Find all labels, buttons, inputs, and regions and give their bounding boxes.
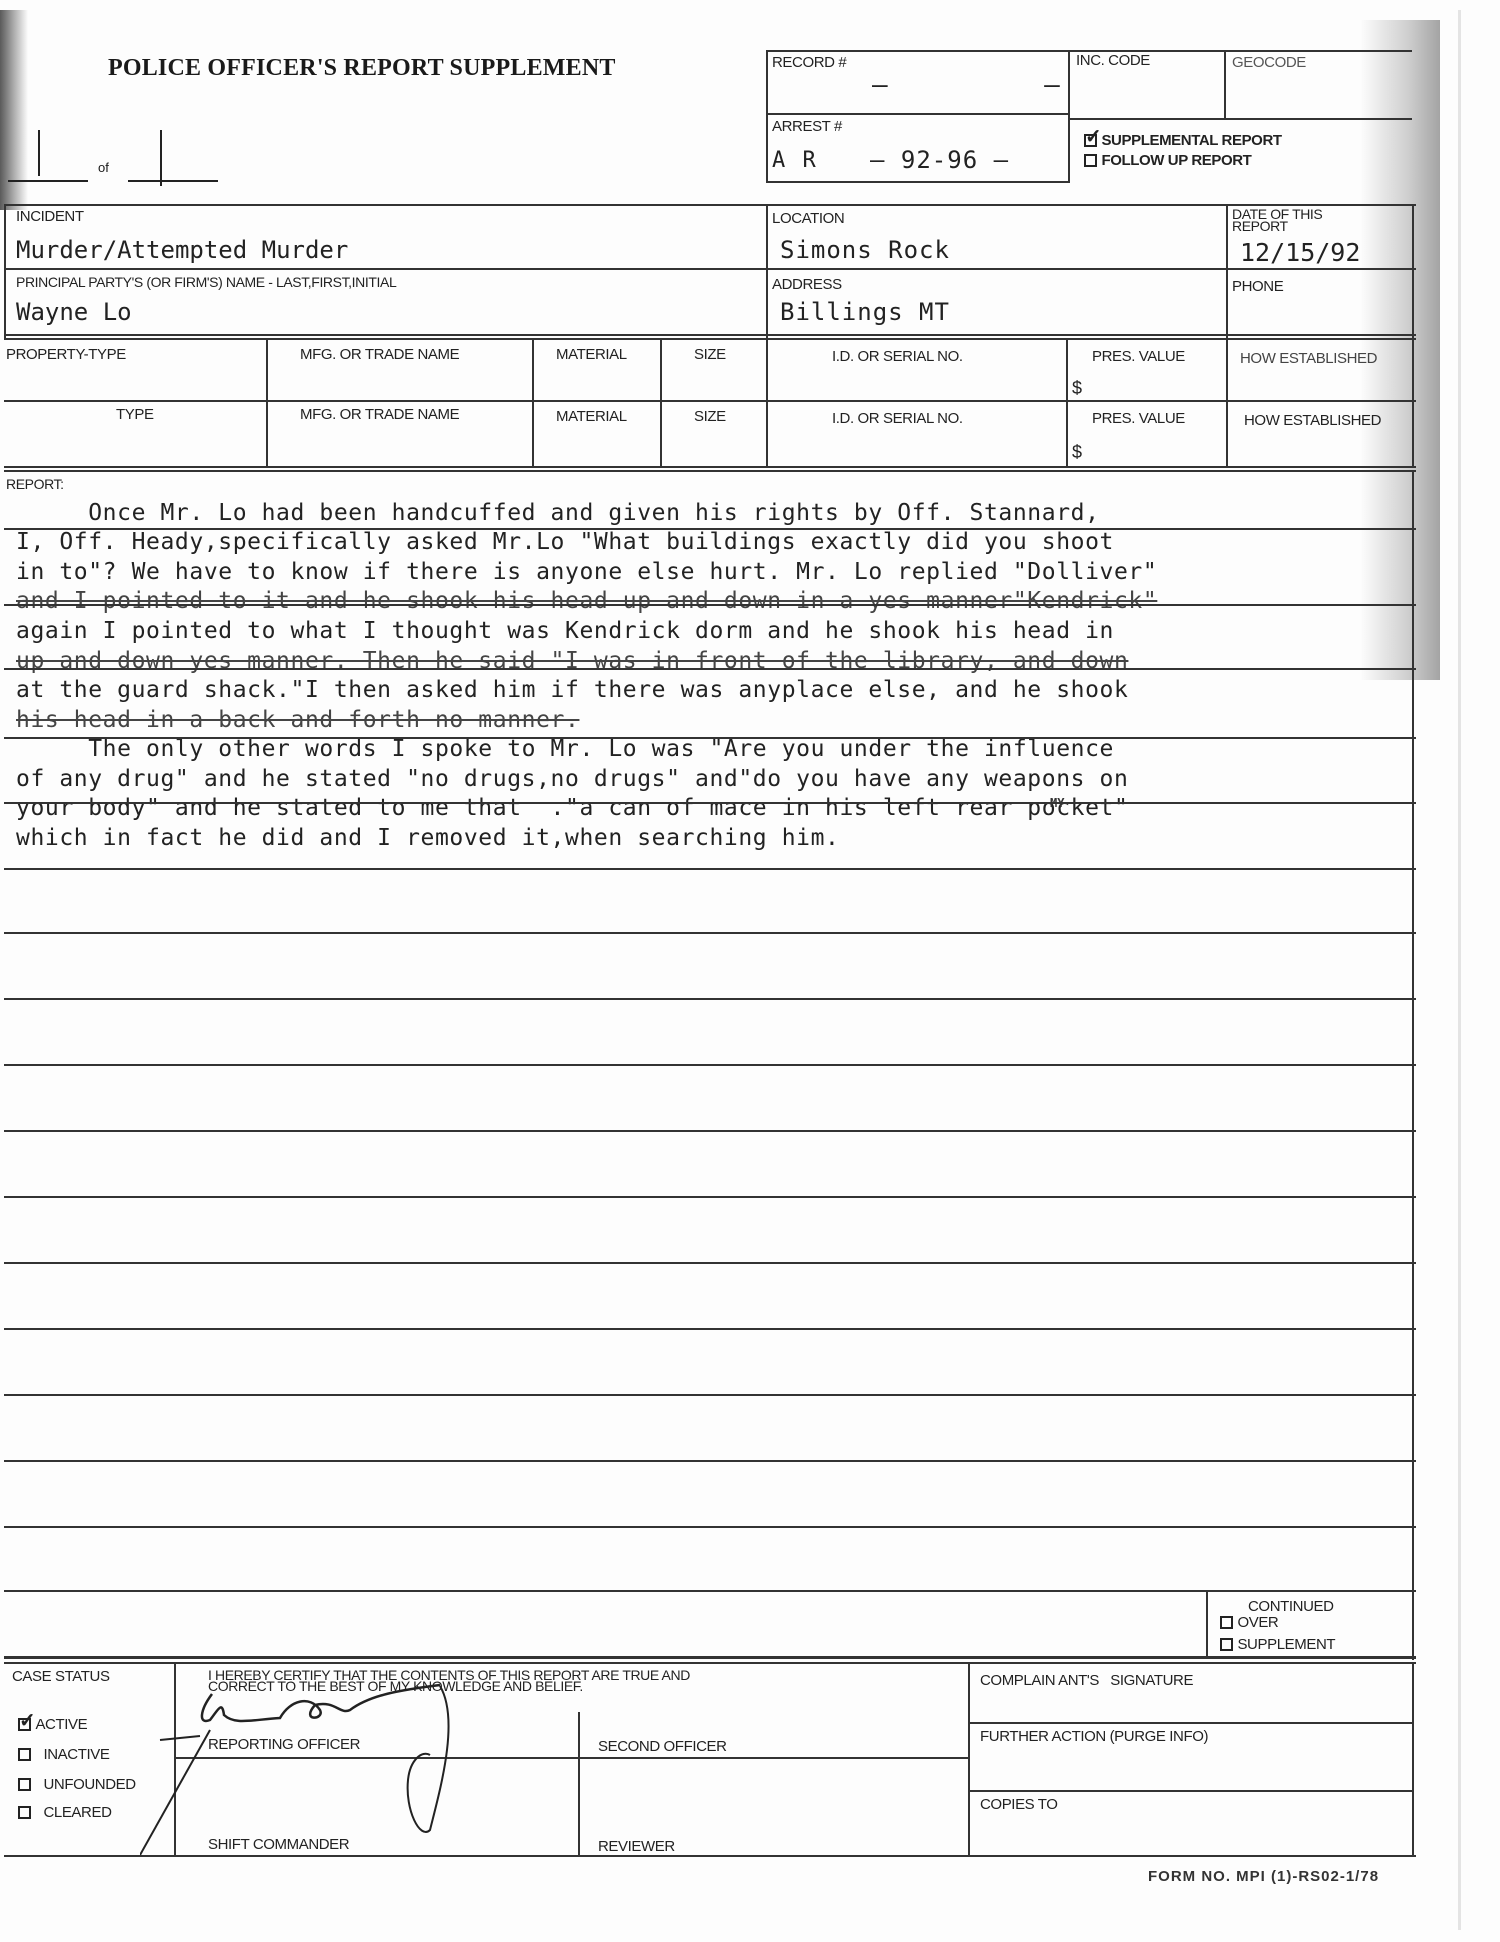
reporting-officer-label: REPORTING OFFICER	[208, 1736, 360, 1753]
divider	[4, 334, 1416, 336]
report-page: POLICE OFFICER'S REPORT SUPPLEMENT of RE…	[0, 0, 1500, 1942]
currency-symbol: $	[1072, 378, 1082, 399]
pres-value-header: PRES. VALUE	[1092, 348, 1185, 365]
page-total-mark	[160, 130, 162, 186]
address-label: ADDRESS	[772, 276, 842, 293]
mfg-header: MFG. OR TRADE NAME	[300, 406, 459, 423]
divider	[4, 400, 1416, 402]
active-checkbox[interactable]	[18, 1718, 31, 1731]
report-line: which in fact he did and I removed it,wh…	[16, 825, 840, 851]
divider	[532, 338, 534, 468]
ruled-line	[4, 1328, 1416, 1330]
divider	[766, 338, 768, 468]
complainant-signature-label: COMPLAIN ANT'S SIGNATURE	[980, 1672, 1193, 1689]
page-of-label: of	[98, 160, 109, 175]
ruled-line	[4, 1656, 1416, 1659]
case-status-inactive[interactable]: INACTIVE	[18, 1746, 109, 1764]
ruled-line	[4, 1262, 1416, 1264]
report-text[interactable]: Once Mr. Lo had been handcuffed and give…	[16, 500, 1416, 870]
how-established-header: HOW ESTABLISHED	[1244, 412, 1381, 429]
divider	[4, 1662, 1416, 1664]
ruled-line	[4, 1526, 1416, 1528]
officer-signature	[140, 1680, 580, 1860]
divider	[4, 268, 1416, 270]
divider	[266, 338, 268, 468]
report-line: I, Off. Heady,specifically asked Mr.Lo "…	[16, 529, 1114, 555]
principal-party-value[interactable]: Wayne Lo	[16, 298, 132, 326]
property-type-header: PROPERTY-TYPE	[6, 346, 126, 363]
continued-label: CONTINUED	[1248, 1598, 1334, 1615]
case-status-active[interactable]: ACTIVE	[18, 1716, 87, 1734]
case-status-cleared[interactable]: CLEARED	[18, 1804, 112, 1822]
principal-party-label: PRINCIPAL PARTY'S (OR FIRM'S) NAME - LAS…	[16, 274, 396, 290]
copies-to-label: COPIES TO	[980, 1796, 1058, 1813]
how-established-header: HOW ESTABLISHED	[1240, 350, 1377, 367]
date-value[interactable]: 12/15/92	[1240, 238, 1360, 267]
divider	[1070, 118, 1412, 120]
report-line-struck: and I pointed to it and he shook his hea…	[16, 588, 1157, 614]
arrest-label: ARREST #	[772, 118, 842, 135]
divider	[1412, 204, 1414, 338]
incident-label: INCIDENT	[16, 208, 84, 225]
supplemental-report-label: SUPPLEMENTAL REPORT	[1101, 132, 1281, 149]
divider	[1066, 338, 1068, 468]
ruled-line	[4, 1130, 1416, 1132]
record-label: RECORD #	[772, 54, 846, 71]
location-label: LOCATION	[772, 210, 844, 227]
ruled-line	[4, 802, 1416, 804]
currency-symbol: $	[1072, 442, 1082, 463]
ruled-line	[4, 1590, 1416, 1592]
divider	[766, 113, 1070, 115]
divider	[1068, 50, 1070, 120]
divider	[4, 338, 1416, 340]
divider	[4, 470, 1416, 472]
type-header: TYPE	[116, 406, 154, 423]
case-status-label: CASE STATUS	[12, 1668, 110, 1685]
report-line: of any drug" and he stated "no drugs,no …	[16, 766, 1128, 792]
ruled-line	[4, 604, 1416, 606]
material-header: MATERIAL	[556, 408, 627, 425]
continued-supplement-option[interactable]: SUPPLEMENT	[1220, 1636, 1335, 1654]
address-value[interactable]: Billings MT	[780, 298, 950, 326]
divider	[4, 204, 1416, 206]
page-total-field[interactable]	[128, 180, 218, 182]
ruled-line	[4, 998, 1416, 1000]
continued-supplement-checkbox[interactable]	[1220, 1638, 1233, 1651]
ruled-line	[4, 668, 1416, 670]
divider	[1226, 204, 1228, 338]
report-line: Once Mr. Lo had been handcuffed and give…	[16, 500, 1100, 526]
ruled-line	[4, 1064, 1416, 1066]
arrest-prefix: A R	[772, 148, 818, 173]
unfounded-checkbox[interactable]	[18, 1778, 31, 1791]
divider	[660, 338, 662, 468]
geocode-label: GEOCODE	[1232, 54, 1306, 71]
divider	[970, 1722, 1412, 1724]
follow-up-report-checkbox[interactable]	[1084, 154, 1097, 167]
size-header: SIZE	[694, 346, 726, 363]
size-header: SIZE	[694, 408, 726, 425]
divider	[970, 1790, 1412, 1792]
divider	[1224, 50, 1226, 120]
page-current-mark	[38, 130, 40, 176]
divider	[4, 466, 1416, 468]
divider	[4, 204, 6, 338]
ruled-line	[4, 1460, 1416, 1462]
report-line: in to"? We have to know if there is anyo…	[16, 559, 1157, 585]
form-number: FORM NO. MPI (1)-RS02-1/78	[1148, 1868, 1379, 1885]
divider	[968, 1664, 970, 1856]
follow-up-report-option[interactable]: FOLLOW UP REPORT	[1084, 152, 1251, 170]
pres-value-header: PRES. VALUE	[1092, 410, 1185, 427]
material-header: MATERIAL	[556, 346, 627, 363]
page-counter: of	[8, 130, 218, 180]
follow-up-report-label: FOLLOW UP REPORT	[1101, 152, 1251, 169]
record-value[interactable]: — —	[872, 70, 1060, 100]
mfg-header: MFG. OR TRADE NAME	[300, 346, 459, 363]
ruled-line	[4, 932, 1416, 934]
further-action-label: FURTHER ACTION (PURGE INFO)	[980, 1728, 1208, 1745]
report-line: at the guard shack."I then asked him if …	[16, 677, 1128, 703]
serial-header: I.D. OR SERIAL NO.	[832, 410, 963, 427]
divider	[766, 204, 768, 338]
report-line-struck: his head in a back and forth no manner.	[16, 707, 579, 733]
arrest-value[interactable]: — 92-96 —	[870, 146, 1009, 174]
divider	[1226, 338, 1228, 468]
page-current-field[interactable]	[8, 180, 88, 182]
report-line-struck: up and down yes manner. Then he said "I …	[16, 648, 1128, 674]
report-line: your body" and he stated to me that ."a …	[16, 795, 1128, 821]
incident-value[interactable]: Murder/Attempted Murder	[16, 236, 348, 264]
inactive-checkbox[interactable]	[18, 1748, 31, 1761]
cleared-label: CLEARED	[43, 1804, 111, 1821]
form-title: POLICE OFFICER'S REPORT SUPPLEMENT	[108, 55, 616, 82]
inc-code-label: INC. CODE	[1076, 52, 1150, 69]
page-edge	[1458, 10, 1461, 1930]
divider	[1412, 338, 1414, 468]
report-line: The only other words I spoke to Mr. Lo w…	[16, 736, 1114, 762]
active-label: ACTIVE	[35, 1716, 87, 1733]
inactive-label: INACTIVE	[43, 1746, 109, 1763]
phone-label: PHONE	[1232, 278, 1283, 295]
serial-header: I.D. OR SERIAL NO.	[832, 348, 963, 365]
unfounded-label: UNFOUNDED	[43, 1776, 135, 1793]
continued-over-checkbox[interactable]	[1220, 1616, 1233, 1629]
cleared-checkbox[interactable]	[18, 1806, 31, 1819]
ruled-line	[4, 528, 1416, 530]
location-value[interactable]: Simons Rock	[780, 236, 950, 264]
case-status-unfounded[interactable]: UNFOUNDED	[18, 1776, 136, 1794]
shift-commander-label: SHIFT COMMANDER	[208, 1836, 349, 1853]
second-officer-label: SECOND OFFICER	[598, 1738, 727, 1755]
ruled-line	[4, 737, 1416, 739]
reviewer-label: REVIEWER	[598, 1838, 675, 1855]
date-label: DATE OF THIS REPORT	[1232, 208, 1322, 232]
divider	[1206, 1592, 1208, 1658]
ruled-line	[4, 868, 1416, 870]
report-line: again I pointed to what I thought was Ke…	[16, 618, 1114, 644]
continued-supplement-label: SUPPLEMENT	[1237, 1636, 1335, 1653]
continued-over-option[interactable]: OVER	[1220, 1614, 1278, 1632]
ruled-line	[4, 1196, 1416, 1198]
report-label: REPORT:	[6, 476, 64, 492]
ruled-line	[4, 1394, 1416, 1396]
continued-over-label: OVER	[1237, 1614, 1278, 1631]
supplemental-report-checkbox[interactable]	[1084, 134, 1097, 147]
divider	[1412, 1664, 1414, 1856]
supplemental-report-option[interactable]: SUPPLEMENTAL REPORT	[1084, 132, 1282, 150]
